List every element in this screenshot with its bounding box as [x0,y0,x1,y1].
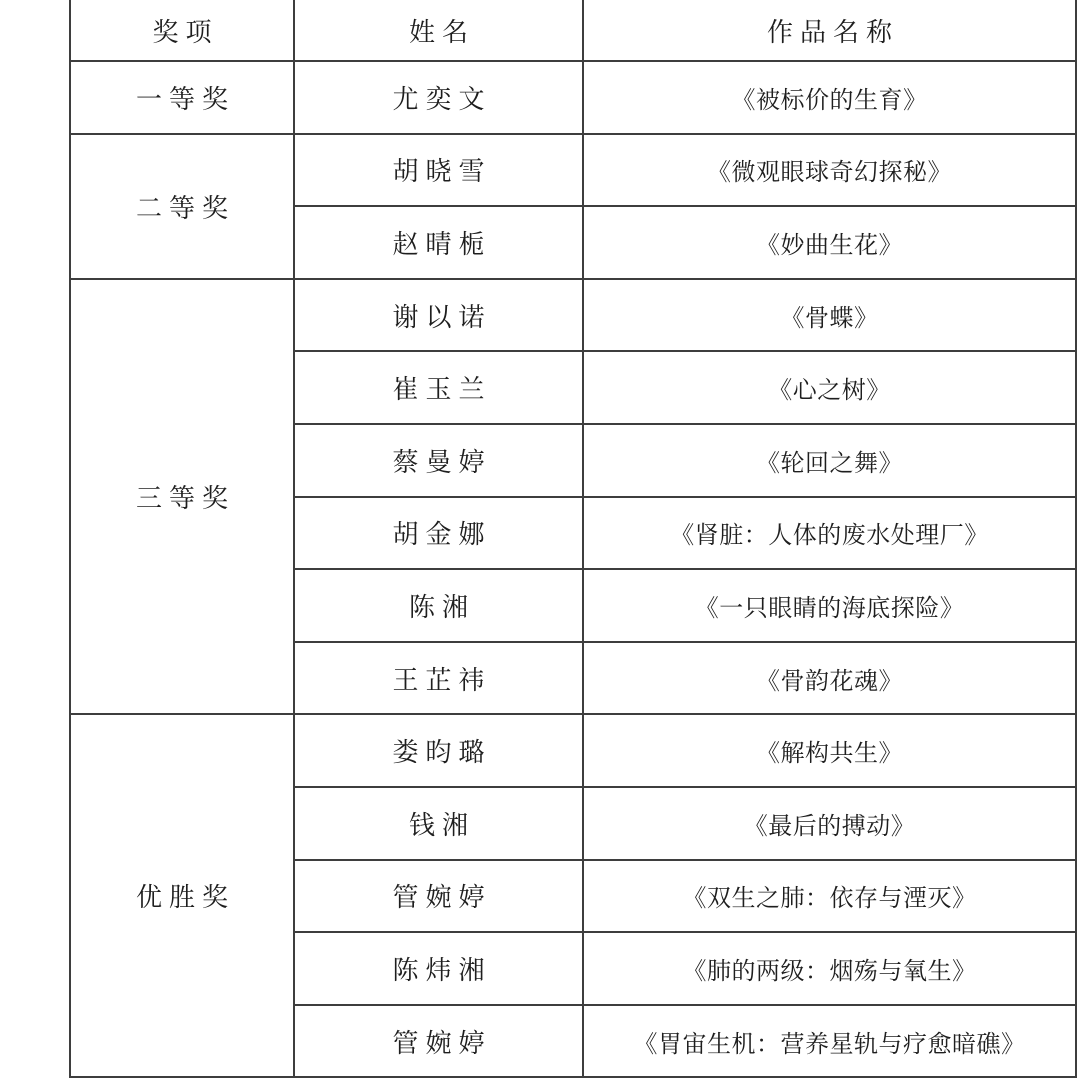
work-title-cell: 《双生之肺：依存与湮灭》 [583,860,1076,933]
table-row: 二等奖胡晓雪《微观眼球奇幻探秘》 [70,134,1076,207]
work-title-cell: 《最后的搏动》 [583,787,1076,860]
work-title-cell: 《肺的两级：烟殇与氧生》 [583,932,1076,1005]
column-header-name: 姓名 [294,0,583,61]
work-title-cell: 《胃宙生机：营养星轨与疗愈暗礁》 [583,1005,1076,1078]
table-row: 一等奖尤奕文《被标价的生育》 [70,61,1076,134]
awards-table: 奖项 姓名 作品名称 一等奖尤奕文《被标价的生育》二等奖胡晓雪《微观眼球奇幻探秘… [69,0,1077,1078]
award-cell: 一等奖 [70,61,294,134]
name-cell: 胡金娜 [294,497,583,570]
name-cell: 谢以诺 [294,279,583,352]
work-title-cell: 《心之树》 [583,351,1076,424]
table-row: 三等奖谢以诺《骨蝶》 [70,279,1076,352]
column-header-award: 奖项 [70,0,294,61]
work-title-cell: 《骨蝶》 [583,279,1076,352]
name-cell: 陈炜湘 [294,932,583,1005]
work-title-cell: 《骨韵花魂》 [583,642,1076,715]
work-title-cell: 《轮回之舞》 [583,424,1076,497]
awards-table-header: 奖项 姓名 作品名称 [70,0,1076,61]
table-row: 优胜奖娄昀璐《解构共生》 [70,714,1076,787]
name-cell: 蔡曼婷 [294,424,583,497]
column-header-work: 作品名称 [583,0,1076,61]
document-page: 奖项 姓名 作品名称 一等奖尤奕文《被标价的生育》二等奖胡晓雪《微观眼球奇幻探秘… [0,0,1080,1084]
name-cell: 胡晓雪 [294,134,583,207]
award-cell: 二等奖 [70,134,294,279]
name-cell: 娄昀璐 [294,714,583,787]
work-title-cell: 《肾脏：人体的废水处理厂》 [583,497,1076,570]
name-cell: 赵晴栀 [294,206,583,279]
award-cell: 优胜奖 [70,714,294,1077]
name-cell: 尤奕文 [294,61,583,134]
name-cell: 钱湘 [294,787,583,860]
name-cell: 王芷祎 [294,642,583,715]
name-cell: 崔玉兰 [294,351,583,424]
awards-table-body: 一等奖尤奕文《被标价的生育》二等奖胡晓雪《微观眼球奇幻探秘》赵晴栀《妙曲生花》三… [70,61,1076,1077]
work-title-cell: 《解构共生》 [583,714,1076,787]
name-cell: 陈湘 [294,569,583,642]
award-cell: 三等奖 [70,279,294,715]
work-title-cell: 《微观眼球奇幻探秘》 [583,134,1076,207]
work-title-cell: 《被标价的生育》 [583,61,1076,134]
work-title-cell: 《一只眼睛的海底探险》 [583,569,1076,642]
name-cell: 管婉婷 [294,1005,583,1078]
header-row: 奖项 姓名 作品名称 [70,0,1076,61]
work-title-cell: 《妙曲生花》 [583,206,1076,279]
name-cell: 管婉婷 [294,860,583,933]
